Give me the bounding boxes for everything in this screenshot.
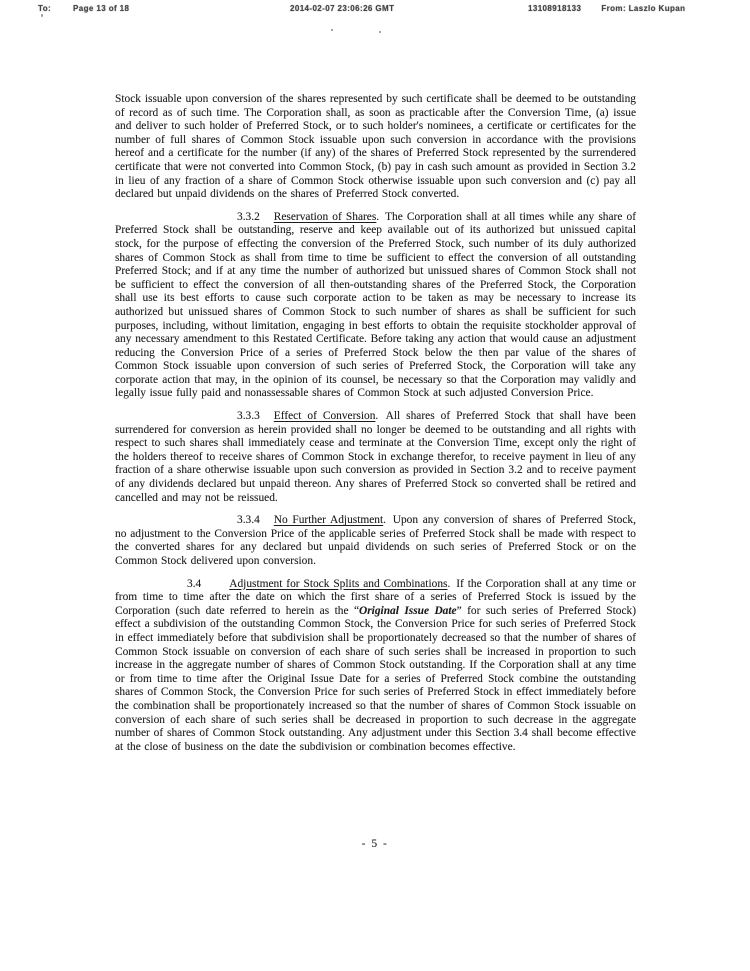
fax-number: 13108918133 [528, 4, 581, 13]
section-text: The Corporation shall at all times while… [115, 211, 636, 400]
fax-header-left: To:Page 13 of 18 [38, 4, 129, 13]
defined-term-original-issue-date: Original Issue Date [359, 605, 457, 617]
section-text: All shares of Preferred Stock that shall… [115, 410, 636, 504]
scan-artifact [331, 29, 333, 31]
section-number: 3.3.3 [237, 410, 260, 422]
section-3-3-3: 3.3.3Effect of Conversion. All shares of… [115, 410, 636, 505]
scan-artifact [41, 14, 43, 17]
section-heading: Adjustment for Stock Splits and Combinat… [229, 578, 447, 590]
page-number: - 5 - [0, 838, 750, 850]
paragraph-text: Stock issuable upon conversion of the sh… [115, 93, 636, 200]
document-body: Stock issuable upon conversion of the sh… [115, 93, 636, 763]
heading-period: . [375, 410, 378, 422]
section-3-4: 3.4Adjustment for Stock Splits and Combi… [115, 578, 636, 755]
heading-period: . [376, 211, 379, 223]
scan-artifact [379, 31, 381, 33]
section-heading: Effect of Conversion [274, 410, 376, 422]
section-number: 3.3.4 [237, 514, 260, 526]
document-page: To:Page 13 of 18 2014-02-07 23:06:26 GMT… [0, 0, 750, 971]
fax-header-right: 13108918133From: Laszlo Kupan [528, 4, 685, 13]
section-text-after: ” for such series of Preferred Stock) ef… [115, 605, 636, 753]
heading-period: . [447, 578, 450, 590]
paragraph-continuation: Stock issuable upon conversion of the sh… [115, 93, 636, 202]
fax-to-label: To: [38, 4, 51, 13]
fax-page-info: Page 13 of 18 [73, 4, 129, 13]
section-3-3-2: 3.3.2Reservation of Shares. The Corporat… [115, 211, 636, 401]
section-3-3-4: 3.3.4No Further Adjustment. Upon any con… [115, 514, 636, 568]
section-number: 3.3.2 [237, 211, 260, 223]
section-number: 3.4 [187, 578, 201, 590]
fax-from: From: Laszlo Kupan [601, 4, 685, 13]
fax-timestamp: 2014-02-07 23:06:26 GMT [290, 4, 394, 13]
heading-period: . [383, 514, 386, 526]
section-heading: Reservation of Shares [274, 211, 377, 223]
section-heading: No Further Adjustment [274, 514, 383, 526]
fax-header: To:Page 13 of 18 2014-02-07 23:06:26 GMT… [0, 4, 750, 20]
